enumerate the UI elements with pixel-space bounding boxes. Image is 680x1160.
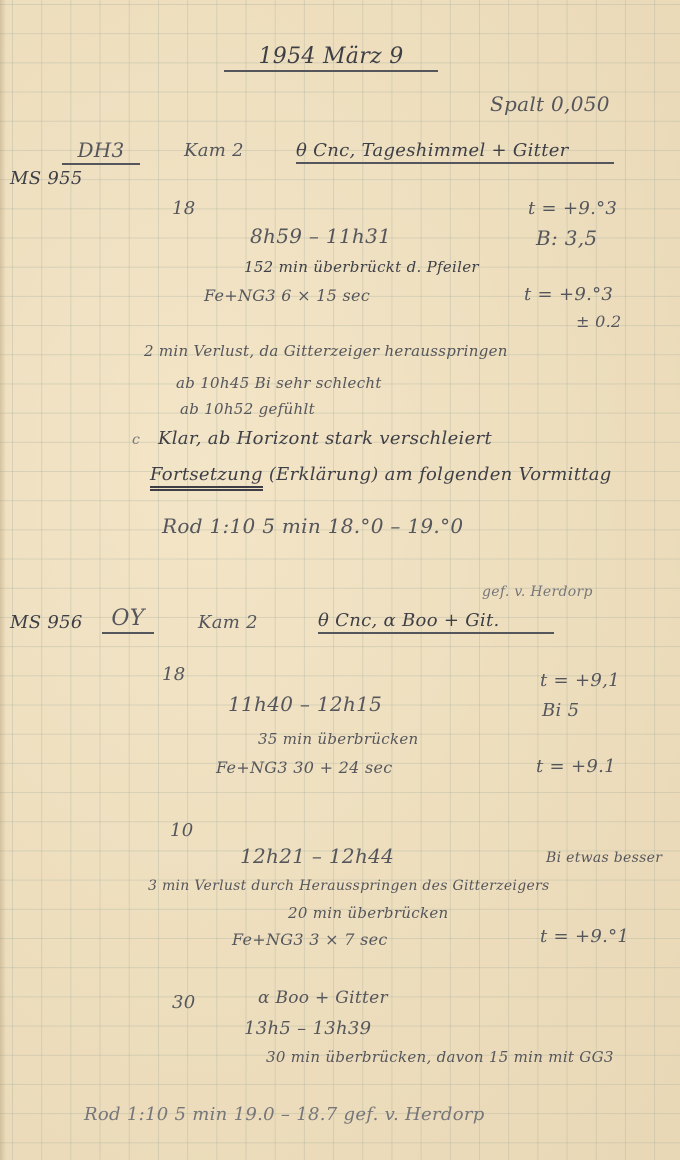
entry2-camera: Kam 2 <box>198 612 258 633</box>
entry2-exp3-duration: 30 min überbrücken, davon 15 min mit GG3 <box>266 1048 614 1066</box>
entry2-exp1-comparison: Fe+NG3 30 + 24 sec <box>216 758 393 777</box>
entry2-exp3-time-range: 13h5 – 13h39 <box>244 1018 371 1039</box>
entry1-remark-clear: Klar, ab Horizont stark verschleiert <box>158 428 492 449</box>
entry2-exp2-time-range: 12h21 – 12h44 <box>240 844 394 868</box>
entry2-exp2-duration: 20 min überbrücken <box>288 904 448 922</box>
entry1-exp1-order: 18 <box>172 198 196 219</box>
entry1-exp1-comparison: Fe+NG3 6 × 15 sec <box>204 286 370 305</box>
page-binding-edge <box>0 0 6 1160</box>
entry2-exp2-seeing-note: Bi etwas besser <box>546 850 662 866</box>
entry1-plate-number: DH3 <box>62 138 140 165</box>
entry2-exp2-temp-end: t = +9.°1 <box>540 926 629 947</box>
page-date: 1954 März 9 <box>224 44 438 72</box>
entry1-remark-seeing: ab 10h45 Bi sehr schlecht <box>176 374 382 392</box>
entry2-target: θ Cnc, α Boo + Git. <box>318 610 554 634</box>
entry2-exp1-time-range: 11h40 – 12h15 <box>228 692 382 716</box>
entry2-exp1-seeing: Bi 5 <box>542 700 579 721</box>
entry2-plate-number: OY <box>102 606 154 634</box>
entry2-exp2-loss-note: 3 min Verlust durch Herausspringen des G… <box>148 878 550 894</box>
entry2-exp2-order: 10 <box>170 820 194 841</box>
entry1-plate-id: MS 955 <box>10 168 83 189</box>
entry2-exp2-comparison: Fe+NG3 3 × 7 sec <box>232 930 388 949</box>
entry1-target: θ Cnc, Tageshimmel + Gitter <box>296 140 614 164</box>
continuation-keyword: Fortsetzung <box>150 464 263 491</box>
entry1-exp1-temp-error: ± 0.2 <box>576 312 621 331</box>
entry1-continuation: Fortsetzung (Erklärung) am folgenden Vor… <box>150 464 612 485</box>
entry1-remark-felt: ab 10h52 gefühlt <box>180 400 315 418</box>
entry1-camera: Kam 2 <box>184 140 244 161</box>
continuation-rest: (Erklärung) am folgenden Vormittag <box>269 464 612 485</box>
entry1-remark-loss: 2 min Verlust, da Gitterzeiger herausspr… <box>144 342 508 360</box>
entry2-plate-id: MS 956 <box>10 612 83 633</box>
entry2-exp3-order: 30 <box>172 992 196 1013</box>
entry2-exp1-temp-start: t = +9,1 <box>540 670 620 691</box>
entry1-exp1-time-range: 8h59 – 11h31 <box>250 224 391 248</box>
entry1-exp1-duration: 152 min überbrückt d. Pfeiler <box>244 258 479 276</box>
notebook-page: { "page": { "date": "1954 März 9", "slit… <box>0 0 680 1160</box>
entry1-exp1-temp-end: t = +9.°3 <box>524 284 613 305</box>
entry1-remark-marker: c <box>132 432 140 448</box>
entry2-development: Rod 1:10 5 min 19.0 – 18.7 gef. v. Herdo… <box>84 1104 485 1125</box>
slit-width: Spalt 0,050 <box>490 92 610 116</box>
entry1-development: Rod 1:10 5 min 18.°0 – 19.°0 <box>162 514 463 538</box>
entry2-exp3-target: α Boo + Gitter <box>258 988 388 1008</box>
entry2-exp1-temp-end: t = +9.1 <box>536 756 616 777</box>
entry2-annotation: gef. v. Herdorp <box>482 584 593 600</box>
entry1-exp1-seeing: B: 3,5 <box>536 226 597 250</box>
entry2-exp1-order: 18 <box>162 664 186 685</box>
entry1-exp1-temp-start: t = +9.°3 <box>528 198 617 219</box>
entry2-exp1-duration: 35 min überbrücken <box>258 730 418 748</box>
